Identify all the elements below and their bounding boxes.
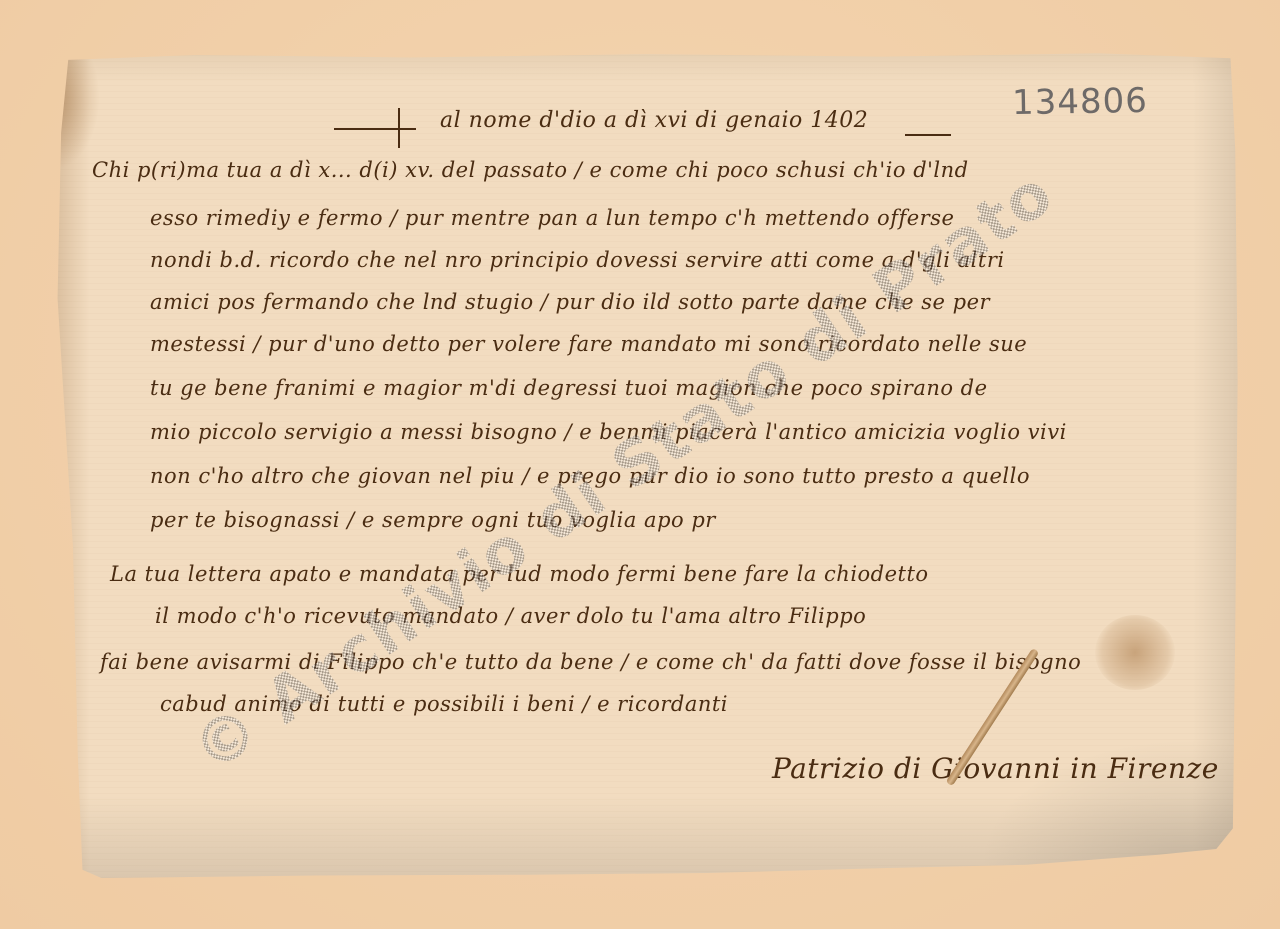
body-line-6: tu ge bene franimi e magior m'di degress… [150,376,988,400]
body-line-9: per te bisognassi / e sempre ogni tuo vo… [150,508,716,532]
scan-background: 134806 al nome d'dio a dì xvi di genaio … [0,0,1280,929]
body-line-5: mestessi / pur d'uno detto per volere fa… [150,332,1027,356]
body-line-11: il modo c'h'o ricevuto mandato / aver do… [155,604,866,628]
letter-heading: al nome d'dio a dì xvi di genaio 1402 [440,108,868,133]
signature: Patrizio di Giovanni in Firenze [772,752,1219,785]
cross-icon [334,128,416,130]
body-line-1: Chi p(ri)ma tua a dì x... d(i) xv. del p… [92,158,969,182]
cross-icon-vertical [398,108,400,148]
seal-stain [1095,615,1175,690]
body-line-2: esso rimediy e fermo / pur mentre pan a … [150,206,954,230]
heading-flourish [905,134,951,136]
body-line-12: fai bene avisarmi di Filippo ch'e tutto … [100,650,1081,674]
